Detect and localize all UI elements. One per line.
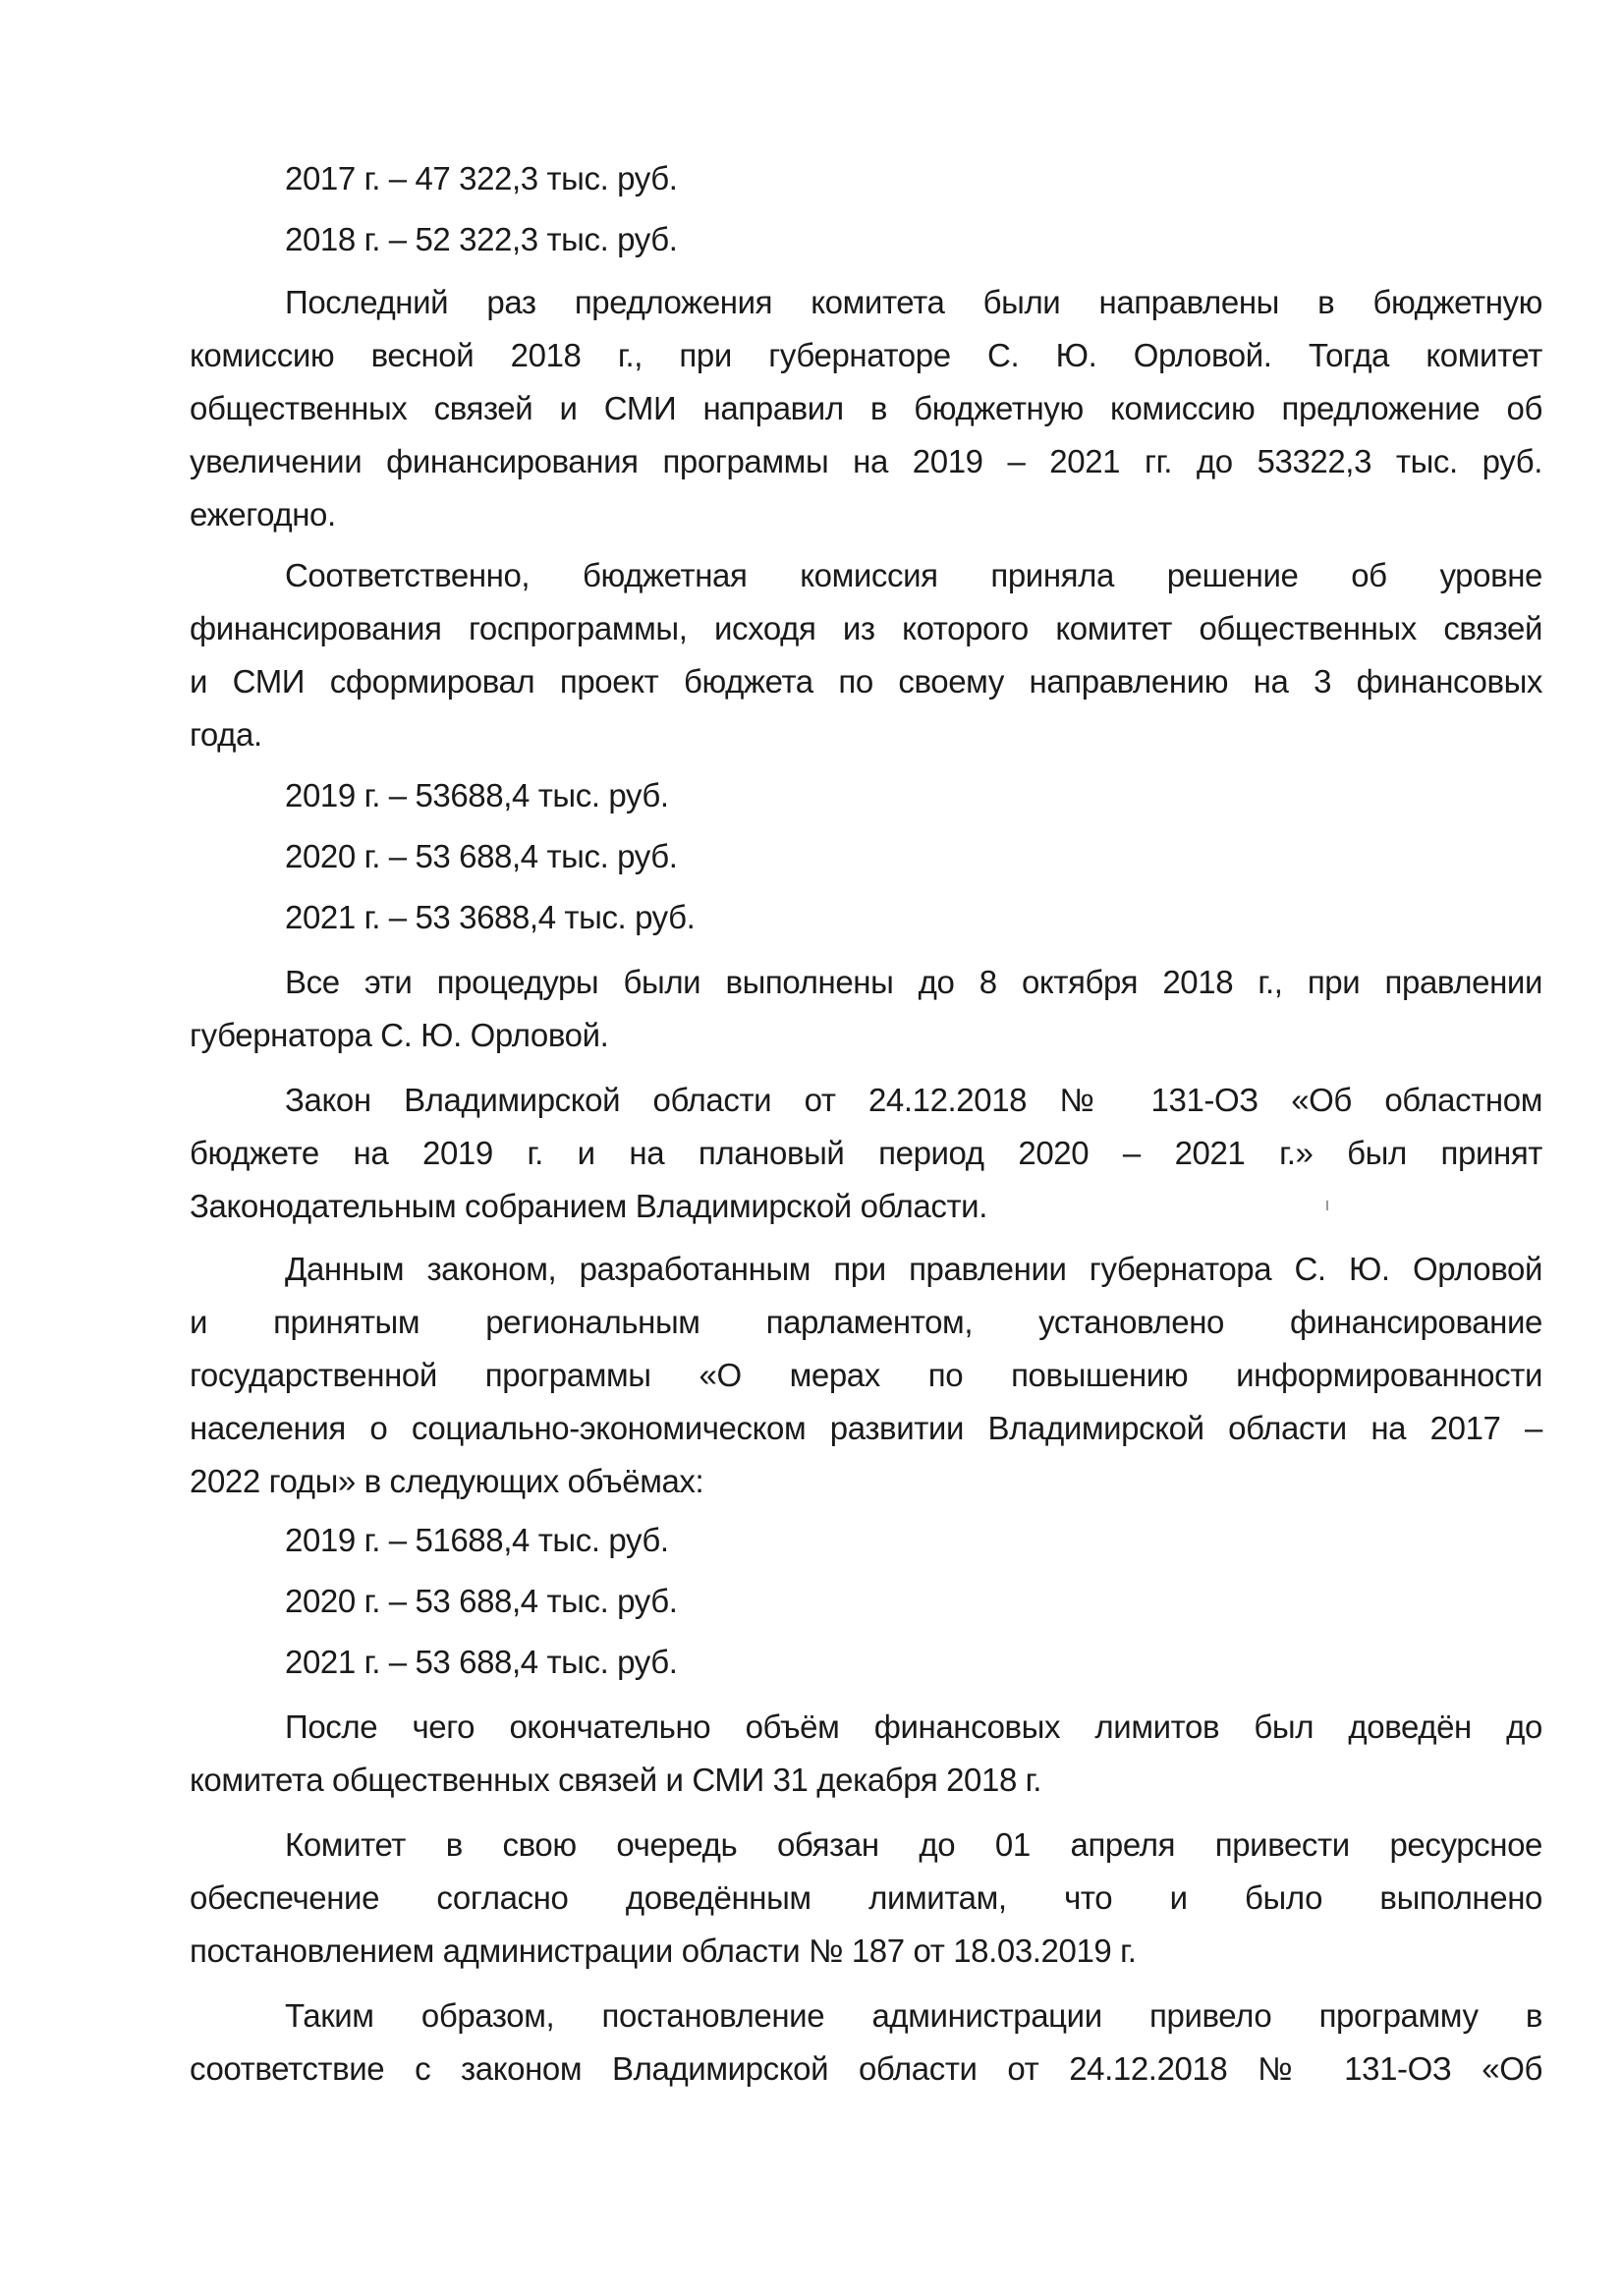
paragraph-line: финансирования госпрограммы, исходя из к…: [190, 609, 1542, 648]
budget-line-2019-proposed: 2019 г. – 53688,4 тыс. руб.: [285, 776, 669, 815]
paragraph-line: губернатора С. Ю. Орловой.: [190, 1016, 1542, 1055]
paragraph-line: комиссию весной 2018 г., при губернаторе…: [190, 336, 1542, 375]
paragraph-line: Соответственно, бюджетная комиссия приня…: [285, 556, 1542, 595]
document-page: 2017 г. – 47 322,3 тыс. руб. 2018 г. – 5…: [0, 0, 1622, 2296]
paragraph-line: постановлением администрации области № 1…: [190, 1932, 1542, 1971]
budget-line-2021-approved: 2021 г. – 53 688,4 тыс. руб.: [285, 1643, 677, 1682]
scan-artifact: [1326, 1201, 1328, 1210]
budget-line-2021-proposed: 2021 г. – 53 3688,4 тыс. руб.: [285, 898, 695, 937]
paragraph-line: Закон Владимирской области от 24.12.2018…: [285, 1081, 1542, 1120]
budget-line-2020-approved: 2020 г. – 53 688,4 тыс. руб.: [285, 1582, 677, 1621]
paragraph-line: комитета общественных связей и СМИ 31 де…: [190, 1761, 1542, 1800]
paragraph-line: Законодательным собранием Владимирской о…: [190, 1187, 1542, 1226]
paragraph-line: государственной программы «О мерах по по…: [190, 1356, 1542, 1395]
paragraph-line: общественных связей и СМИ направил в бюд…: [190, 389, 1542, 428]
budget-line-2020-proposed: 2020 г. – 53 688,4 тыс. руб.: [285, 837, 677, 876]
paragraph-line: Все эти процедуры были выполнены до 8 ок…: [285, 963, 1542, 1002]
paragraph-line: и СМИ сформировал проект бюджета по свое…: [190, 662, 1542, 701]
paragraph-line: Таким образом, постановление администрац…: [285, 1996, 1542, 2036]
budget-line-2017: 2017 г. – 47 322,3 тыс. руб.: [285, 159, 677, 198]
paragraph-line: бюджете на 2019 г. и на плановый период …: [190, 1134, 1542, 1173]
paragraph-line: обеспечение согласно доведённым лимитам,…: [190, 1878, 1542, 1918]
paragraph-line: Последний раз предложения комитета были …: [285, 283, 1542, 322]
paragraph-line: Комитет в свою очередь обязан до 01 апре…: [285, 1825, 1542, 1865]
paragraph-line: После чего окончательно объём финансовых…: [285, 1708, 1542, 1747]
paragraph-line: населения о социально-экономическом разв…: [190, 1409, 1542, 1448]
budget-line-2018: 2018 г. – 52 322,3 тыс. руб.: [285, 220, 677, 259]
paragraph-line: года.: [190, 715, 1542, 755]
paragraph-line: и принятым региональным парламентом, уст…: [190, 1303, 1542, 1342]
paragraph-line: ежегодно.: [190, 495, 1542, 534]
paragraph-line: соответствие с законом Владимирской обла…: [190, 2049, 1542, 2089]
paragraph-line: 2022 годы» в следующих объёмах:: [190, 1462, 1542, 1501]
budget-line-2019-approved: 2019 г. – 51688,4 тыс. руб.: [285, 1521, 669, 1560]
paragraph-line: Данным законом, разработанным при правле…: [285, 1250, 1542, 1289]
paragraph-line: увеличении финансирования программы на 2…: [190, 442, 1542, 481]
